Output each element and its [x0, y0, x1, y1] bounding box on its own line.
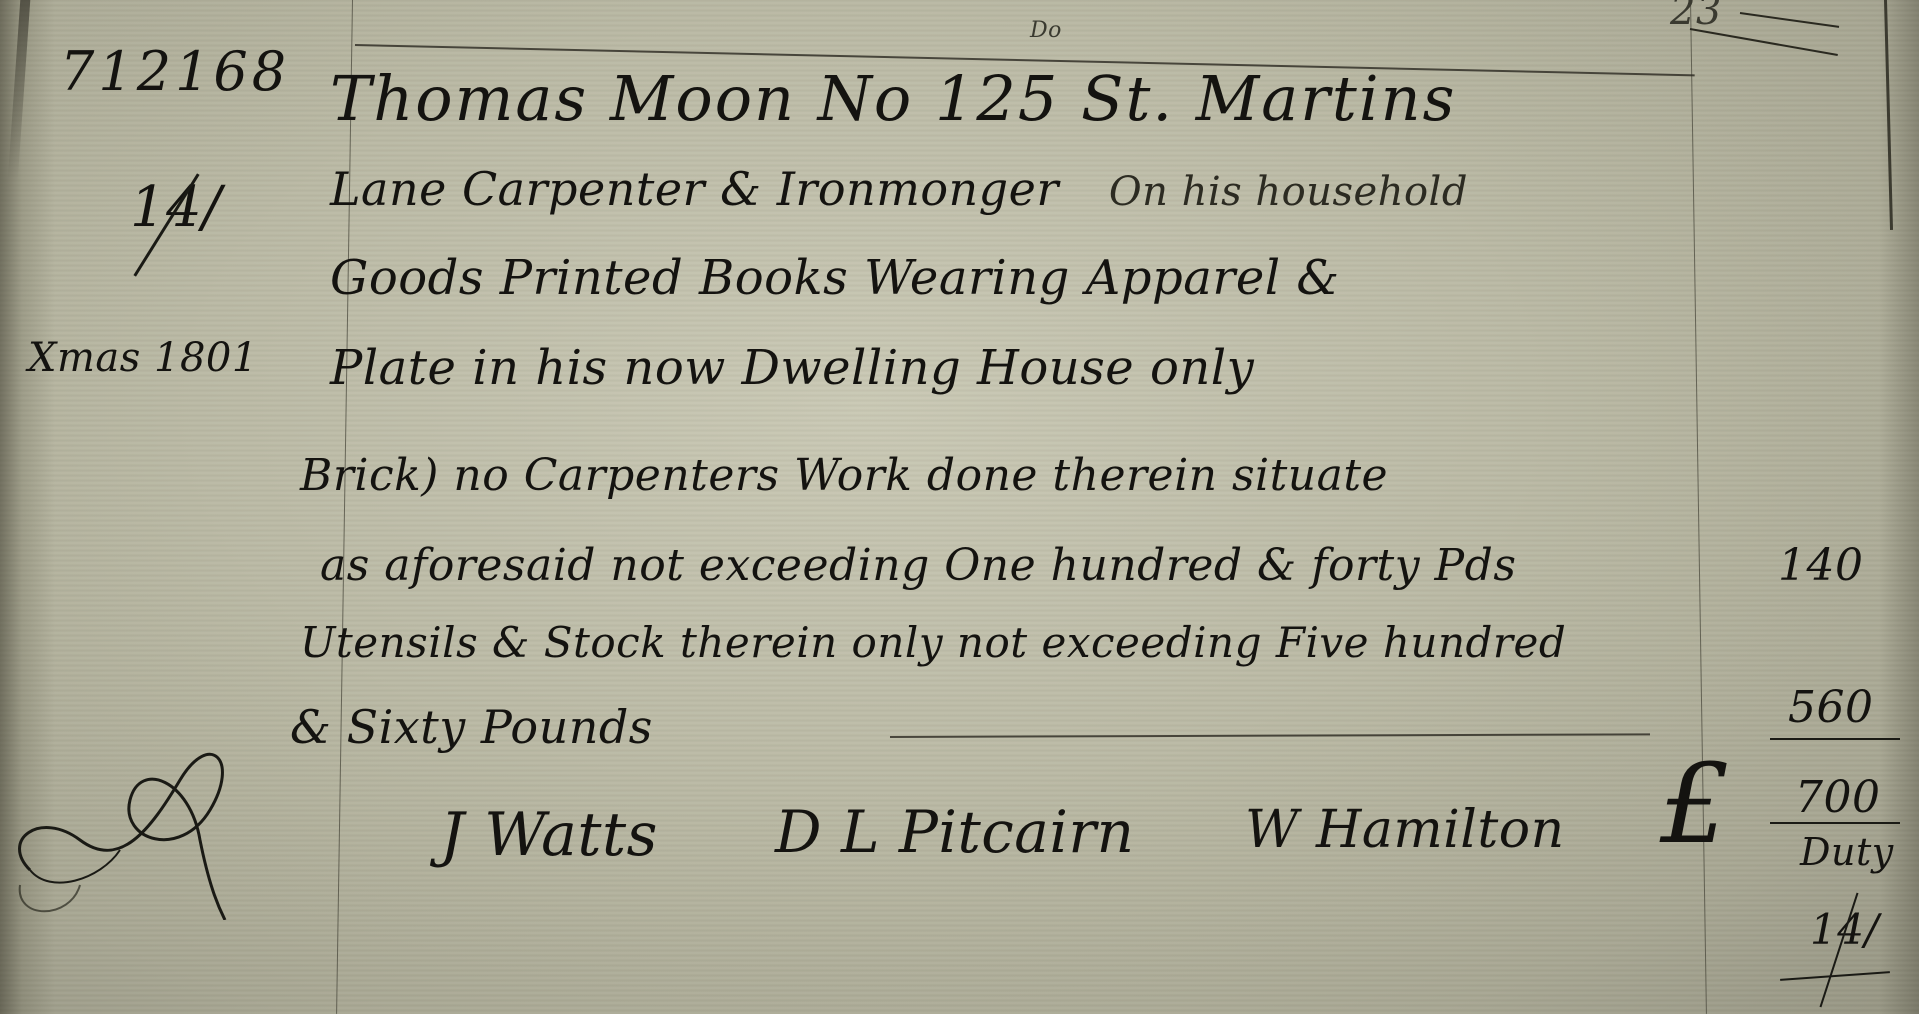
entry-line-8: & Sixty Pounds — [290, 700, 653, 754]
flourish-icon — [10, 720, 240, 920]
page-reference-underline — [1690, 28, 1838, 56]
entry-line-7: Utensils & Stock therein only not exceed… — [300, 618, 1566, 667]
entry-line-1: Thomas Moon No 125 St. Martins — [330, 62, 1456, 135]
entry-line-3: Goods Printed Books Wearing Apparel & — [330, 250, 1340, 306]
entry-line-4: Plate in his now Dwelling House only — [330, 340, 1254, 396]
duty-label: Duty — [1800, 830, 1894, 874]
amount-utensils-stock: 560 — [1788, 682, 1873, 733]
entry-line-2: Lane Carpenter & IronmongerOn his househ… — [330, 162, 1468, 216]
amount-total: 700 — [1795, 772, 1880, 823]
entry-line-5: Brick) no Carpenters Work done therein s… — [300, 450, 1388, 501]
duty-rule — [1780, 971, 1890, 981]
ditto-mark: Do — [1030, 18, 1062, 43]
pound-sign-icon: £ — [1660, 740, 1731, 868]
page-reference-underline — [1740, 12, 1839, 28]
amount-household-goods: 140 — [1778, 540, 1863, 591]
entry-aside: On his household — [1109, 169, 1468, 215]
entry-line-2-text: Lane Carpenter & Ironmonger — [330, 162, 1059, 216]
date-note: Xmas 1801 — [28, 335, 258, 381]
signature-hamilton: W Hamilton — [1245, 800, 1565, 860]
ledger-page: Do 23 712168 14/ Xmas 1801 Thomas Moon N… — [0, 0, 1919, 1014]
signature-pitcairn: D L Pitcairn — [775, 798, 1134, 866]
sum-rule — [1770, 738, 1900, 740]
total-rule — [1770, 822, 1900, 824]
entry-end-rule — [890, 733, 1650, 738]
entry-line-6: as aforesaid not exceeding One hundred &… — [320, 540, 1516, 591]
signature-watts: J Watts — [440, 800, 658, 870]
margin-rule — [336, 0, 353, 1014]
policy-number: 712168 — [60, 40, 290, 103]
